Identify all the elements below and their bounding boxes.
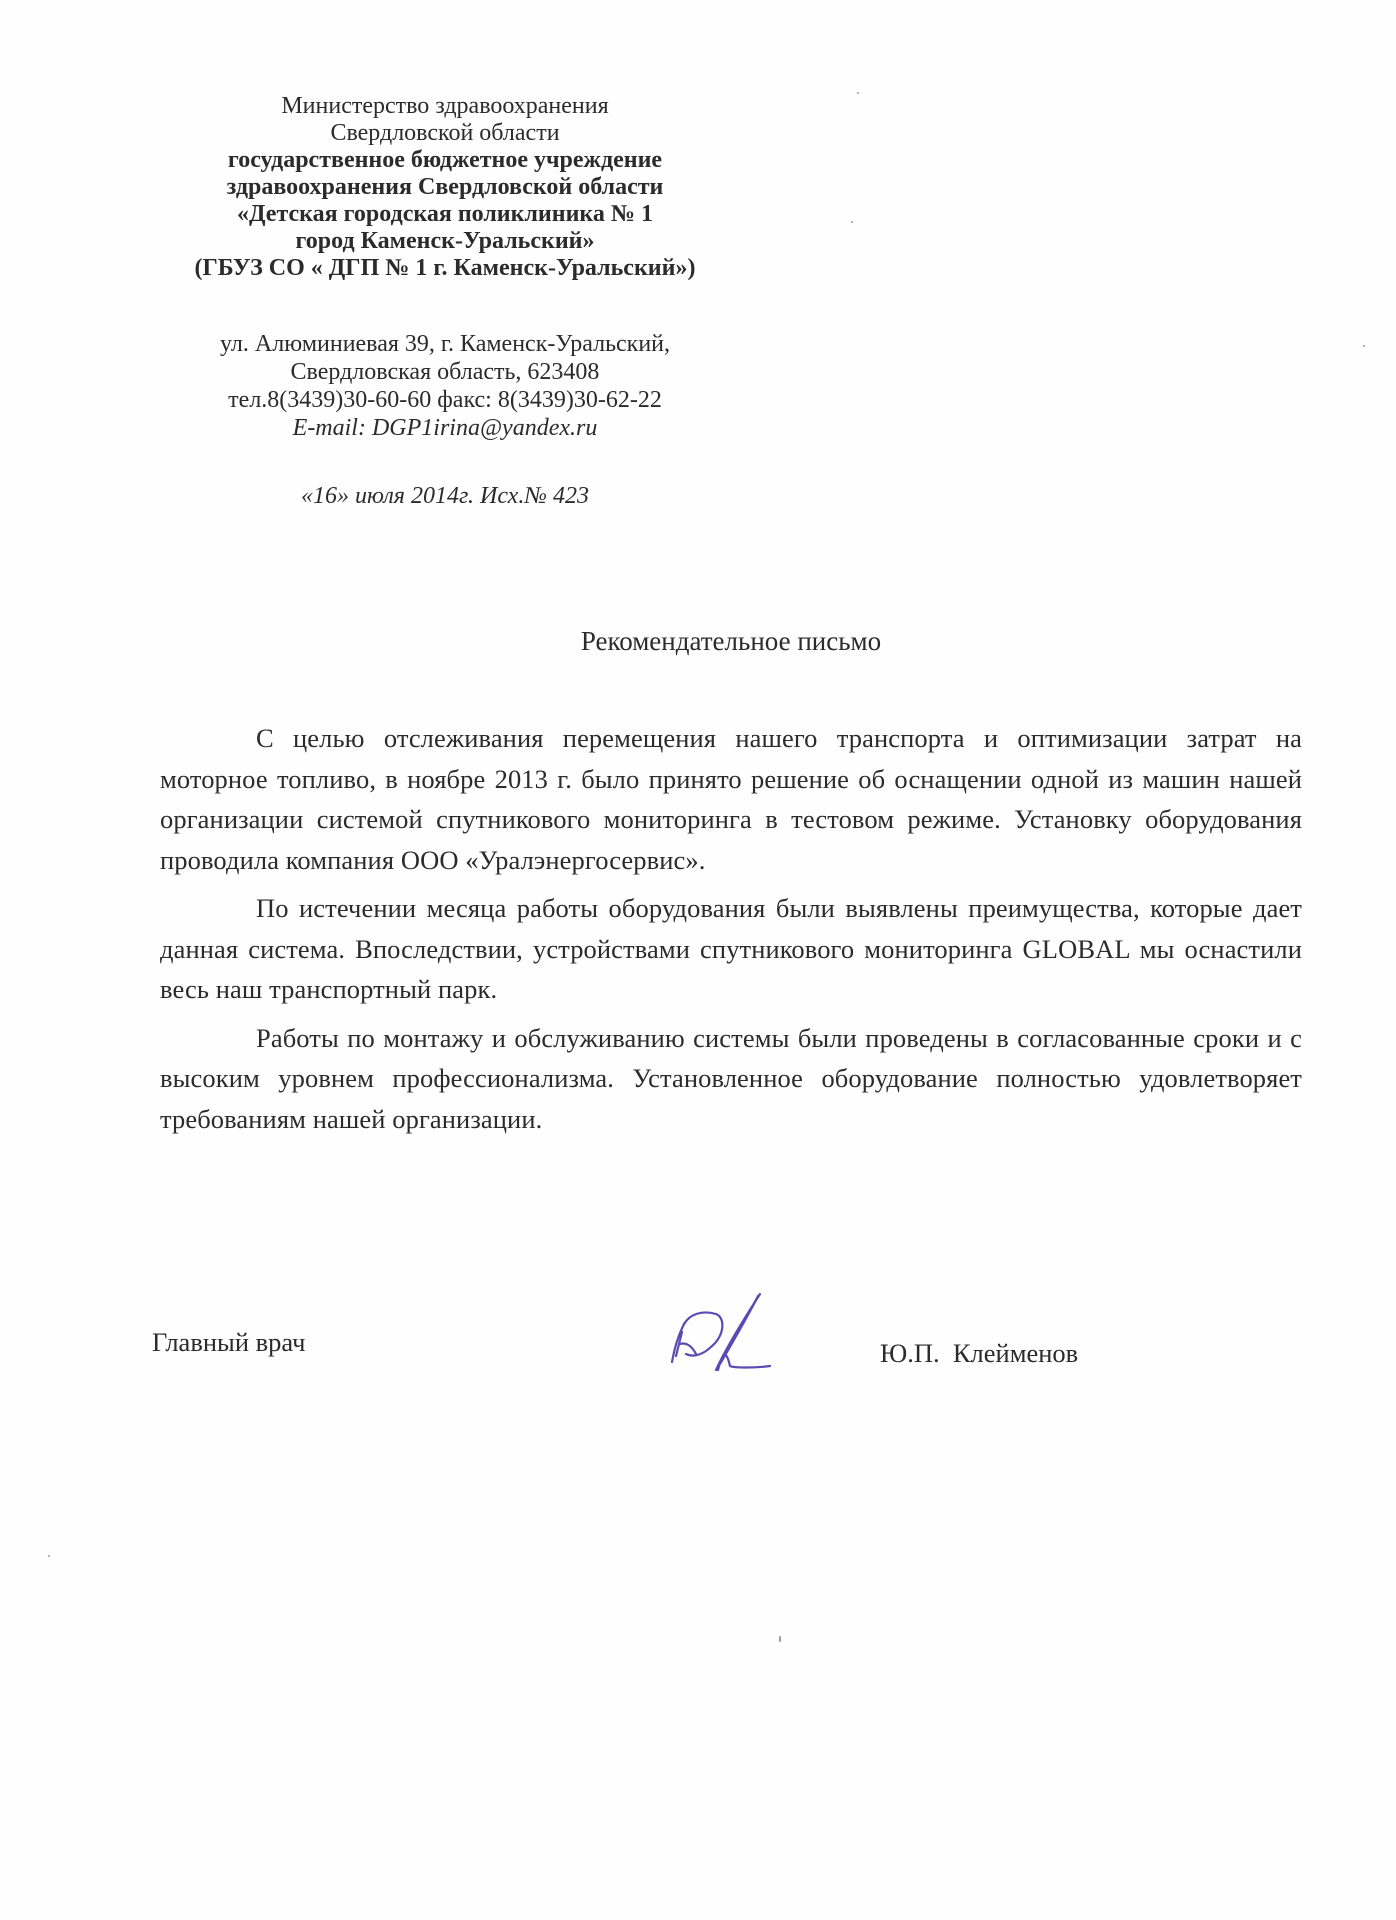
outgoing-reference: «16» июля 2014г. Исх.№ 423 <box>150 482 740 510</box>
handwritten-signature-icon <box>660 1284 780 1380</box>
paragraph-2: По истечении месяца работы оборудования … <box>160 888 1302 1010</box>
organization-line-1: государственное бюджетное учреждение <box>150 147 740 174</box>
organization-short-name: (ГБУЗ СО « ДГП № 1 г. Каменск-Уральский»… <box>150 255 740 282</box>
letter-page: Министерство здравоохранения Свердловско… <box>0 0 1396 1920</box>
signatory-name: Ю.П. Клейменов <box>880 1336 1078 1370</box>
phone-fax: тел.8(3439)30-60-60 факс: 8(3439)30-62-2… <box>150 386 740 414</box>
ministry-line-2: Свердловской области <box>150 120 740 147</box>
address-line-1: ул. Алюминиевая 39, г. Каменск-Уральский… <box>150 330 740 358</box>
organization-line-4: город Каменск-Уральский» <box>150 228 740 255</box>
letterhead: Министерство здравоохранения Свердловско… <box>150 93 740 282</box>
email: E-mail: DGP1irina@yandex.ru <box>150 414 740 442</box>
scan-speck <box>779 1636 781 1642</box>
ministry-line-1: Министерство здравоохранения <box>150 93 740 120</box>
scan-speck <box>851 221 853 223</box>
letter-body: С целью отслеживания перемещения нашего … <box>160 718 1302 1139</box>
signatory-role: Главный врач <box>152 1325 305 1359</box>
scan-speck <box>857 92 859 94</box>
organization-line-3: «Детская городская поликлиника № 1 <box>150 201 740 228</box>
organization-line-2: здравоохранения Свердловской области <box>150 174 740 201</box>
contact-block: ул. Алюминиевая 39, г. Каменск-Уральский… <box>150 330 740 442</box>
address-line-2: Свердловская область, 623408 <box>150 358 740 386</box>
document-title: Рекомендательное письмо <box>160 624 1302 658</box>
paragraph-1: С целью отслеживания перемещения нашего … <box>160 718 1302 880</box>
paragraph-3: Работы по монтажу и обслуживанию системы… <box>160 1018 1302 1140</box>
scan-speck <box>1363 345 1365 347</box>
scan-speck <box>48 1555 50 1557</box>
